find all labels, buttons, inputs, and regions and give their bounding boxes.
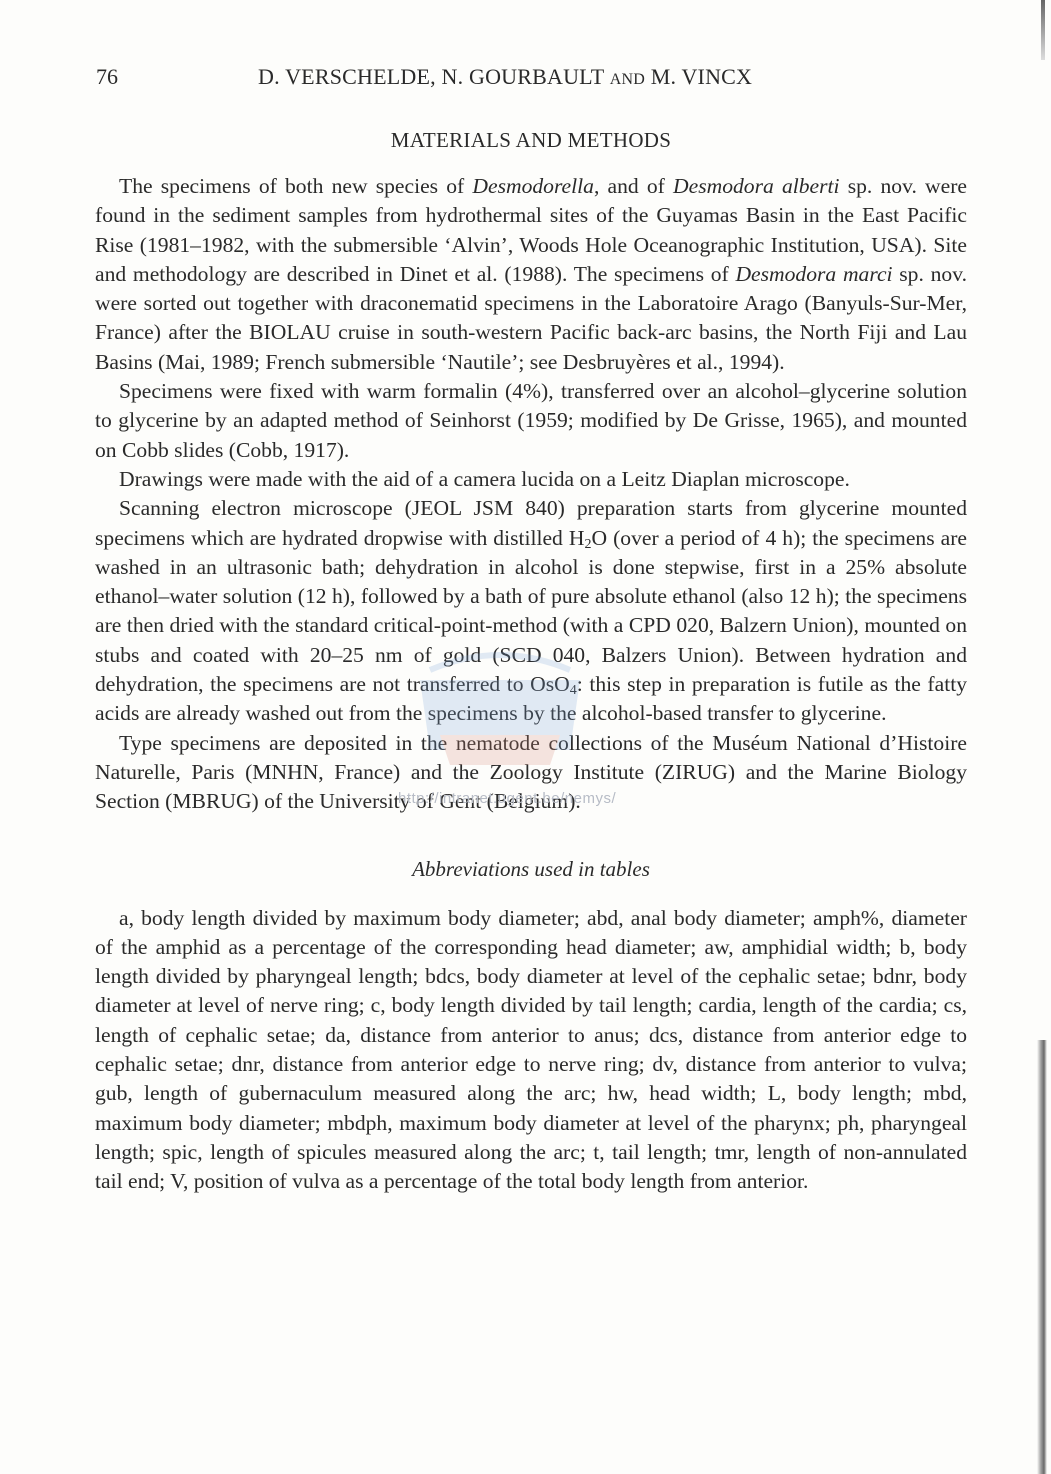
paragraph-specimens-origin: The specimens of both new species of Des… bbox=[95, 172, 967, 377]
page-number: 76 bbox=[96, 64, 118, 90]
authors-text: D. VERSCHELDE, N. GOURBAULT bbox=[258, 64, 610, 89]
text: The specimens of both new species of bbox=[119, 174, 472, 198]
subscript: 4 bbox=[570, 683, 577, 698]
taxon-name: Desmodora marci bbox=[735, 262, 892, 286]
paragraph-type-specimens: Type specimens are deposited in the nema… bbox=[95, 729, 967, 817]
paragraph-drawings: Drawings were made with the aid of a cam… bbox=[95, 465, 967, 494]
paragraph-sem-preparation: Scanning electron microscope (JEOL JSM 8… bbox=[95, 494, 967, 728]
scan-edge-top bbox=[1041, 0, 1045, 60]
taxon-name: Desmodora alberti bbox=[673, 174, 840, 198]
taxon-name: Desmodorella bbox=[472, 174, 594, 198]
running-head: 76 D. VERSCHELDE, N. GOURBAULT AND M. VI… bbox=[96, 64, 976, 98]
text: O (over a period of 4 h); the specimens … bbox=[95, 526, 967, 696]
abbreviations-heading: Abbreviations used in tables bbox=[95, 857, 967, 882]
section-title: MATERIALS AND METHODS bbox=[0, 128, 1051, 153]
scan-edge bbox=[1045, 0, 1051, 1474]
paragraph-fixation: Specimens were fixed with warm formalin … bbox=[95, 377, 967, 465]
scan-edge-bottom bbox=[1037, 1040, 1047, 1474]
authors-line: D. VERSCHELDE, N. GOURBAULT AND M. VINCX bbox=[258, 64, 752, 90]
abbreviations-list: a, body length divided by maximum body d… bbox=[95, 904, 967, 1197]
text: , and of bbox=[594, 174, 673, 198]
article-body: The specimens of both new species of Des… bbox=[95, 172, 967, 1197]
authors-text-2: M. VINCX bbox=[645, 64, 752, 89]
authors-and: AND bbox=[610, 71, 645, 88]
